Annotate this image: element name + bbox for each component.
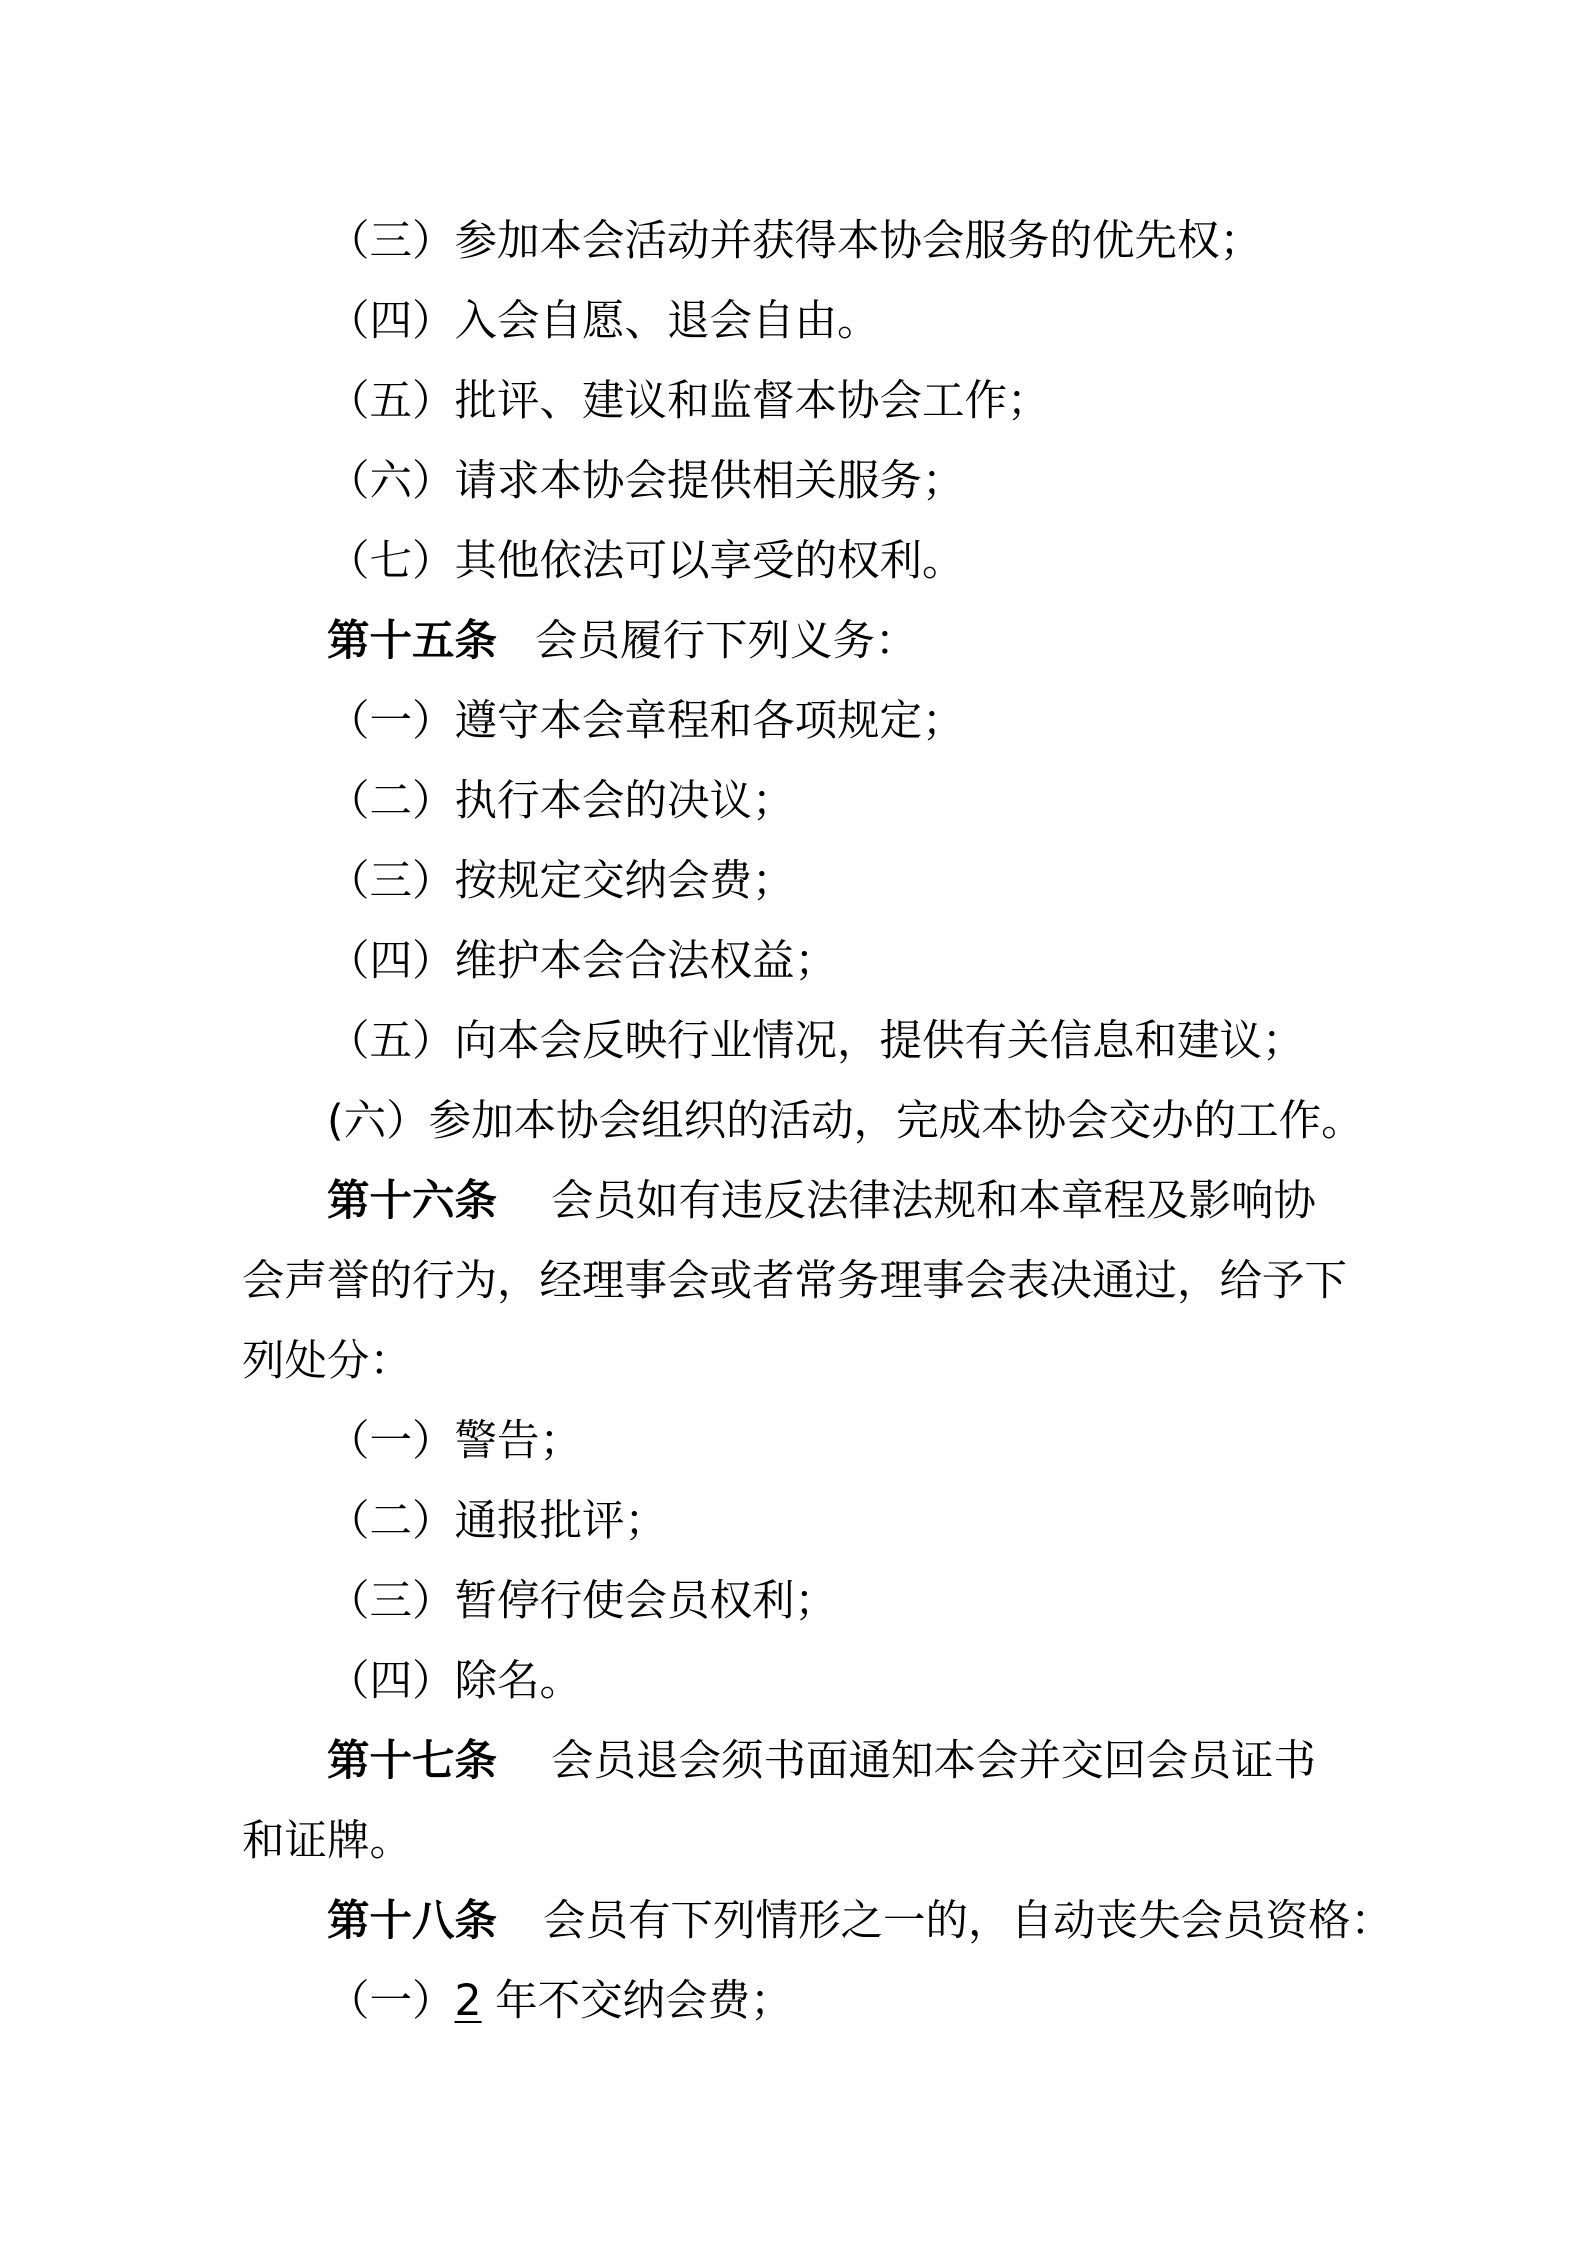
list-item: （三）按规定交纳会费； (327, 842, 1437, 922)
article-18: 第十八条会员有下列情形之一的，自动丧失会员资格： (327, 1882, 1437, 1962)
list-item: （二）通报批评； (327, 1482, 1437, 1562)
article-17: 第十七条会员退会须书面通知本会并交回会员证书 (327, 1722, 1437, 1802)
article-text: 会员履行下列义务： (535, 617, 918, 666)
article-16-continuation: 会声誉的行为，经理事会或者常务理事会表决通过，给予下 (242, 1242, 1352, 1322)
article-heading: 第十八条 (327, 1897, 497, 1946)
list-item: （六）请求本协会提供相关服务； (327, 442, 1437, 522)
article-heading: 第十六条 (327, 1177, 497, 1226)
article-text: 会员退会须书面通知本会并交回会员证书 (551, 1737, 1316, 1786)
article-17-continuation: 和证牌。 (242, 1802, 1352, 1882)
list-item: （一）遵守本会章程和各项规定； (327, 682, 1437, 762)
list-item: （四）维护本会合法权益； (327, 922, 1437, 1002)
article-text: 会员有下列情形之一的，自动丧失会员资格： (543, 1897, 1393, 1946)
list-item: （一）警告； (327, 1402, 1437, 1482)
underlined-number: 2 (455, 1977, 482, 2026)
article-text: 会员如有违反法律法规和本章程及影响协 (551, 1177, 1316, 1226)
article-15: 第十五条会员履行下列义务： (327, 602, 1437, 682)
list-item: （三）暂停行使会员权利； (327, 1562, 1437, 1642)
article-16-continuation: 列处分： (242, 1322, 1352, 1402)
article-heading: 第十五条 (327, 617, 497, 666)
document-page: （三）参加本会活动并获得本协会服务的优先权； （四）入会自愿、退会自由。 （五）… (0, 0, 1587, 2245)
list-item: （七）其他依法可以享受的权利。 (327, 522, 1437, 602)
item-prefix: （一） (327, 1977, 455, 2026)
list-item: （五）批评、建议和监督本协会工作； (327, 362, 1437, 442)
list-item: （四）除名。 (327, 1642, 1437, 1722)
list-item: (六）参加本协会组织的活动，完成本协会交办的工作。 (327, 1082, 1437, 1162)
list-item: （一）2 年不交纳会费； (327, 1962, 1437, 2042)
article-16: 第十六条会员如有违反法律法规和本章程及影响协 (327, 1162, 1437, 1242)
list-item: （五）向本会反映行业情况，提供有关信息和建议； (327, 1002, 1437, 1082)
list-item: （三）参加本会活动并获得本协会服务的优先权； (327, 202, 1437, 282)
list-item: （二）执行本会的决议； (327, 762, 1437, 842)
article-heading: 第十七条 (327, 1737, 497, 1786)
list-item: （四）入会自愿、退会自由。 (327, 282, 1437, 362)
item-text: 年不交纳会费； (482, 1977, 793, 2026)
